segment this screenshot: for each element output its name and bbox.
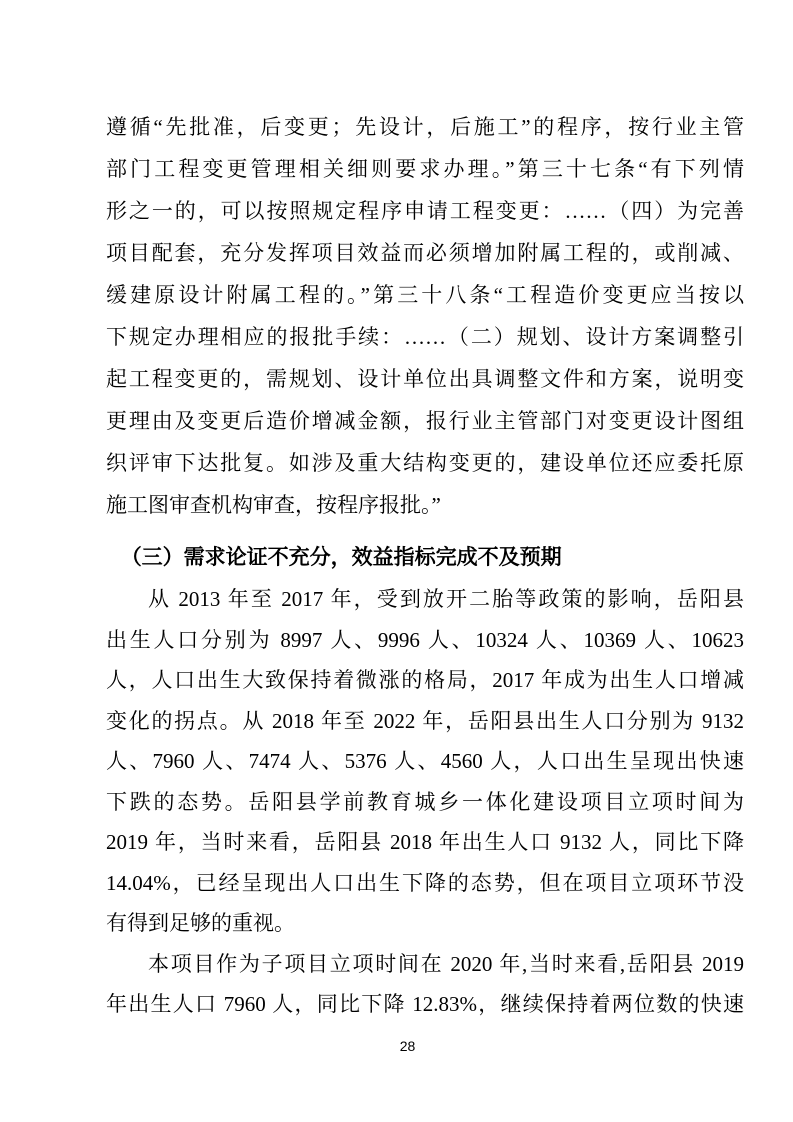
body-text-line: 施工图审查机构审查，按程序报批。” — [106, 484, 744, 526]
body-text-line: 本项目作为子项目立项时间在 2020 年,当时来看,岳阳县 2019 — [106, 944, 744, 985]
body-text-line: 缓建原设计附属工程的。”第三十八条“工程造价变更应当按以 — [106, 274, 744, 316]
body-text-line: 部门工程变更管理相关细则要求办理。”第三十七条“有下列情 — [106, 148, 744, 190]
paragraph-birth-statistics: 从 2013 年至 2017 年，受到放开二胎等政策的影响，岳阳县 出生人口分别… — [106, 579, 744, 944]
paragraph-project-timing: 本项目作为子项目立项时间在 2020 年,当时来看,岳阳县 2019 年出生人口… — [106, 944, 744, 1025]
body-text-line: 2019 年，当时来看，岳阳县 2018 年出生人口 9132 人，同比下降 — [106, 822, 744, 863]
body-text-line: 起工程变更的，需规划、设计单位出具调整文件和方案，说明变 — [106, 358, 744, 400]
paragraph-regulation-quote: 遵循“先批准，后变更；先设计，后施工”的程序，按行业主管 部门工程变更管理相关细… — [106, 106, 744, 526]
body-text-line: 年出生人口 7960 人，同比下降 12.83%，继续保持着两位数的快速 — [106, 984, 744, 1025]
body-text-line: 遵循“先批准，后变更；先设计，后施工”的程序，按行业主管 — [106, 106, 744, 148]
body-text-line: 从 2013 年至 2017 年，受到放开二胎等政策的影响，岳阳县 — [106, 579, 744, 620]
body-text-line: 织评审下达批复。如涉及重大结构变更的，建设单位还应委托原 — [106, 442, 744, 484]
body-text-line: 变化的拐点。从 2018 年至 2022 年，岳阳县出生人口分别为 9132 — [106, 701, 744, 742]
body-text-line: 人、7960 人、7474 人、5376 人、4560 人，人口出生呈现出快速 — [106, 741, 744, 782]
body-text-line: 形之一的，可以按照规定程序申请工程变更：……（四）为完善 — [106, 190, 744, 232]
body-text-line: 更理由及变更后造价增减金额，报行业主管部门对变更设计图组 — [106, 400, 744, 442]
document-page: 遵循“先批准，后变更；先设计，后施工”的程序，按行业主管 部门工程变更管理相关细… — [0, 0, 793, 1122]
page-number: 28 — [0, 1038, 793, 1054]
body-text-line: 人，人口出生大致保持着微涨的格局，2017 年成为出生人口增减 — [106, 660, 744, 701]
body-text-line: 14.04%，已经呈现出人口出生下降的态势，但在项目立项环节没 — [106, 863, 744, 904]
section-heading: （三）需求论证不充分，效益指标完成不及预期 — [106, 536, 744, 578]
body-text-line: 下跌的态势。岳阳县学前教育城乡一体化建设项目立项时间为 — [106, 782, 744, 823]
page-content: 遵循“先批准，后变更；先设计，后施工”的程序，按行业主管 部门工程变更管理相关细… — [106, 106, 744, 1025]
body-text-line: 项目配套，充分发挥项目效益而必须增加附属工程的，或削减、 — [106, 232, 744, 274]
body-text-line: 下规定办理相应的报批手续：……（二）规划、设计方案调整引 — [106, 316, 744, 358]
body-text-line: 有得到足够的重视。 — [106, 903, 744, 944]
body-text-line: 出生人口分别为 8997 人、9996 人、10324 人、10369 人、10… — [106, 620, 744, 661]
